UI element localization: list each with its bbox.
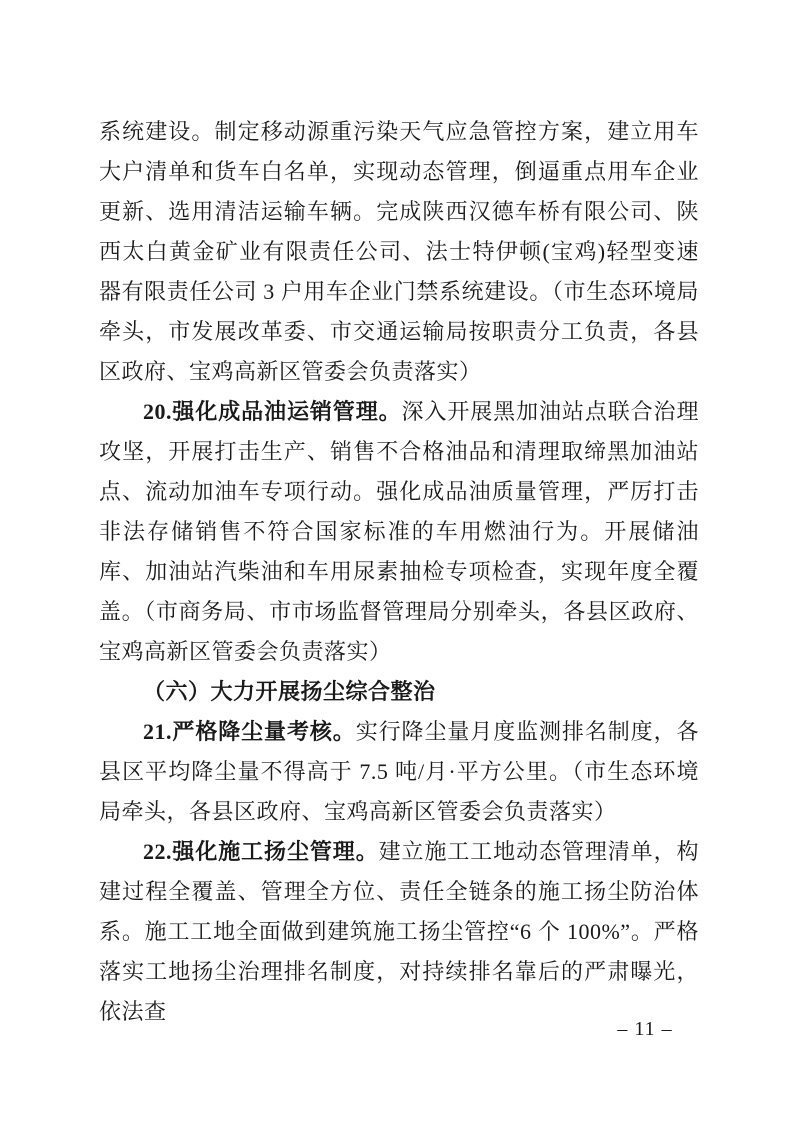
paragraph-item-21: 21.严格降尘量考核。实行降尘量月度监测排名制度，各县区平均降尘量不得高于 7.… (99, 712, 699, 832)
paragraph-continuation: 系统建设。制定移动源重污染天气应急管控方案，建立用车大户清单和货车白名单，实现动… (99, 112, 699, 392)
paragraph-lead: 22.强化施工扬尘管理。 (143, 839, 379, 864)
paragraph-lead: 21.严格降尘量考核。 (143, 719, 356, 744)
paragraph-text: 深入开展黑加油站点联合治理攻坚，开展打击生产、销售不合格油品和清理取缔黑加油站点… (99, 399, 699, 664)
paragraph-item-22: 22.强化施工扬尘管理。建立施工工地动态管理清单，构建过程全覆盖、管理全方位、责… (99, 832, 699, 1032)
document-body: 系统建设。制定移动源重污染天气应急管控方案，建立用车大户清单和货车白名单，实现动… (99, 112, 699, 1032)
document-page: 系统建设。制定移动源重污染天气应急管控方案，建立用车大户清单和货车白名单，实现动… (0, 0, 800, 1131)
section-heading-six: （六）大力开展扬尘综合整治 (99, 672, 699, 712)
paragraph-lead: 20.强化成品油运销管理。 (143, 399, 402, 424)
page-number: – 11 – (610, 1018, 680, 1040)
paragraph-text: 系统建设。制定移动源重污染天气应急管控方案，建立用车大户清单和货车白名单，实现动… (99, 119, 699, 384)
paragraph-text: 建立施工工地动态管理清单，构建过程全覆盖、管理全方位、责任全链条的施工扬尘防治体… (99, 839, 699, 1024)
paragraph-item-20: 20.强化成品油运销管理。深入开展黑加油站点联合治理攻坚，开展打击生产、销售不合… (99, 392, 699, 672)
